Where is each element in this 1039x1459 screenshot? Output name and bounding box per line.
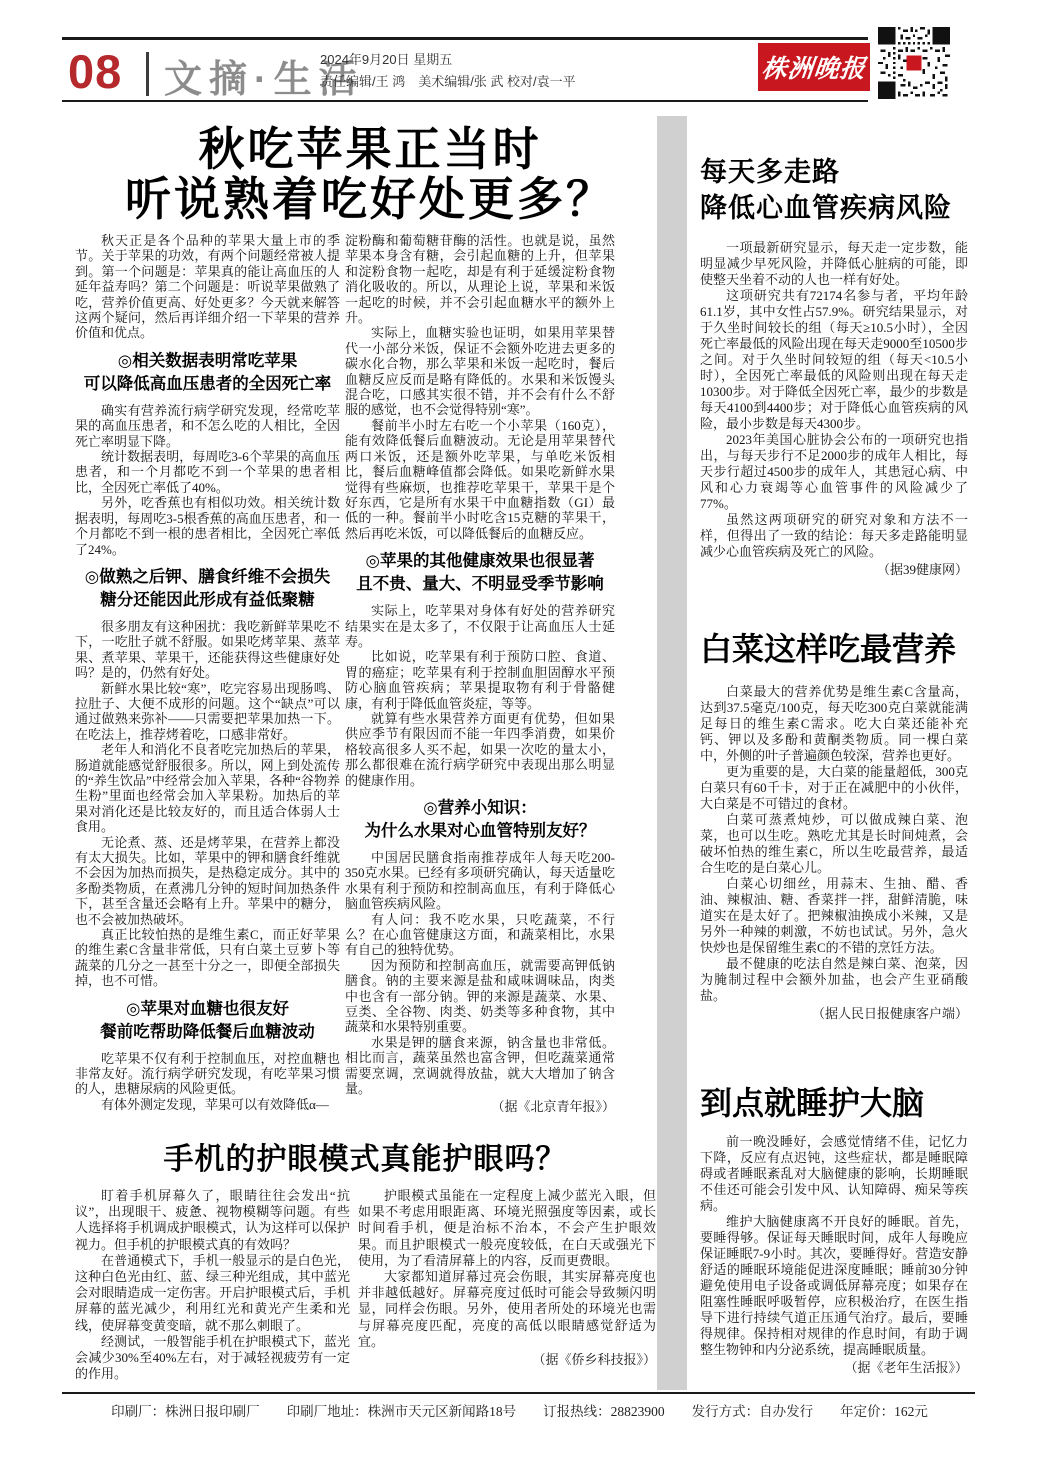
page-number: 08 [68, 44, 122, 99]
paragraph: 前一晚没睡好，会感觉情绪不佳，记忆力下降，反应有点迟钝，这些症状，都是睡眠障碍或… [700, 1134, 968, 1214]
paragraph: 白菜心切细丝，用蒜末、生抽、醋、香油、辣椒油、糖、香菜拌一拌，甜鲜清脆，味道实在… [700, 876, 968, 956]
paragraph: 这项研究共有72174名参与者，平均年龄61.1岁，其中女性占57.9%。研究结… [700, 288, 968, 432]
paragraph: 另外，吃香蕉也有相似功效。相关统计数据表明，每周吃3-5根香蕉的高血压患者，和一… [75, 495, 340, 557]
paragraph: 实际上，吃苹果对身体有好处的营养研究结果实在是太多了，不仅限于让高血压人士延寿。 [345, 603, 615, 649]
paragraph: 秋天正是各个品种的苹果大量上市的季节。关于苹果的功效，有两个问题经常被人提到。第… [75, 233, 340, 341]
walking-article-title: 每天多走路 降低心血管疾病风险 [700, 154, 968, 226]
paragraph: 因为预防和控制高血压，就需要高钾低钠膳食。钠的主要来源是盐和咸味调味品，肉类中也… [345, 958, 615, 1035]
apple-article-title: 秋吃苹果正当时 听说熟着吃好处更多？ [75, 124, 665, 224]
paragraph: 2023年美国心脏协会公布的一项研究也指出，与每天步行不足2000步的成年人相比… [700, 432, 968, 512]
newspaper-page: 08 文摘·生活 2024年9月20日 星期五 责任编辑/王 鸿 美术编辑/张 … [0, 0, 1039, 1459]
paragraph: 盯着手机屏幕久了，眼睛往往会发出“抗议”，出现眼干、疲惫、视物模糊等问题。有些人… [75, 1188, 350, 1253]
masthead-text: 株洲晚报 [760, 49, 868, 85]
paragraph: 统计数据表明，每周吃3-6个苹果的高血压患者，和一个月都吃不到一个苹果的患者相比… [75, 449, 340, 495]
cabbage-article-body: 白菜最大的营养优势是维生素C含量高，达到37.5毫克/100克，每天吃300克白… [700, 684, 968, 1022]
phone-article-column-2: 护眼模式虽能在一定程度上减少蓝光入眼，但如果不考虑用眼距离、环境光照强度等因素，… [358, 1188, 656, 1404]
paragraph: 很多朋友有这种困扰：我吃新鲜苹果吃不下，一吃肚子就不舒服。如果吃烤苹果、蒸苹果、… [75, 619, 340, 681]
paragraph: 经测试，一般智能手机在护眼模式下，蓝光会减少30%至40%左右，对于减轻视疲劳有… [75, 1334, 350, 1383]
paragraph: 一项最新研究显示，每天走一定步数，能明显减少早死风险，并降低心脏病的可能，即使整… [700, 240, 968, 288]
subheading: ◎苹果的其他健康效果也很显著 且不贵、量大、不明显受季节影响 [345, 550, 615, 596]
sleep-article-title: 到点就睡护大脑 [700, 1082, 968, 1124]
source-attribution: （据39健康网） [700, 562, 968, 578]
content-divider-bar [657, 116, 687, 1390]
paragraph: 护眼模式虽能在一定程度上减少蓝光入眼，但如果不考虑用眼距离、环境光照强度等因素，… [358, 1188, 656, 1269]
paragraph: 真正比较怕热的是维生素C，而正好苹果的维生素C含量非常低，只有白菜土豆萝卜等蔬菜… [75, 927, 340, 989]
footer-text: 印刷厂：株洲日报印刷厂 印刷厂地址：株洲市天元区新闻路18号 订报热线：2882… [0, 1400, 1039, 1420]
paragraph: 淀粉酶和葡萄糖苷酶的活性。也就是说，虽然苹果本身含有糖，会引起血糖的上升，但苹果… [345, 233, 615, 325]
source-attribution: （据《北京青年报》） [345, 1099, 615, 1114]
paragraph: 新鲜水果比较“寒”，吃完容易出现肠鸣、拉肚子、大便不成形的问题。这个“缺点”可以… [75, 681, 340, 743]
footer-rule [62, 1392, 975, 1394]
source-attribution: （据人民日报健康客户端） [700, 1006, 968, 1022]
walking-article: 每天多走路 降低心血管疾病风险 一项最新研究显示，每天走一定步数，能明显减少早死… [700, 154, 968, 624]
masthead: 株洲晚报 [758, 43, 870, 91]
paragraph: 老年人和消化不良者吃完加热后的苹果，肠道就能感觉舒服很多。所以，网上到处流传的“… [75, 742, 340, 834]
source-attribution: （据《侨乡科技报》） [358, 1352, 656, 1368]
paragraph: 餐前半小时左右吃一个小苹果（160克），能有效降低餐后血糖波动。无论是用苹果替代… [345, 418, 615, 541]
paragraph: 实际上，血糖实验也证明，如果用苹果替代一小部分米饭，保证不会额外吃进去更多的碳水… [345, 325, 615, 417]
paragraph: 白菜最大的营养优势是维生素C含量高，达到37.5毫克/100克，每天吃300克白… [700, 684, 968, 764]
subheading: ◎营养小知识： 为什么水果对心血管特别友好？ [345, 797, 615, 843]
qr-code [878, 27, 950, 99]
paragraph: 有人问：我不吃水果，只吃蔬菜，不行么？在心血管健康这方面，和蔬菜相比，水果有自己… [345, 912, 615, 958]
paragraph: 大家都知道屏幕过亮会伤眼，其实屏幕亮度也并非越低越好。屏幕亮度过低时可能会导致频… [358, 1269, 656, 1350]
phone-article-column-1: 盯着手机屏幕久了，眼睛往往会发出“抗议”，出现眼干、疲惫、视物模糊等问题。有些人… [75, 1188, 350, 1404]
paragraph: 水果是钾的膳食来源，钠含量也非常低。相比而言，蔬菜虽然也富含钾，但吃蔬菜通常需要… [345, 1035, 615, 1097]
cabbage-article: 白菜这样吃最营养 白菜最大的营养优势是维生素C含量高，达到37.5毫克/100克… [700, 628, 968, 1080]
paragraph: 有体外测定发现，苹果可以有效降低α— [75, 1097, 340, 1112]
walking-article-body: 一项最新研究显示，每天走一定步数，能明显减少早死风险，并降低心脏病的可能，即使整… [700, 240, 968, 578]
date-text: 2024年9月20日 星期五 [320, 49, 576, 71]
paragraph: 就算有些水果营养方面更有优势，但如果供应季节有限因而不能一年四季消费，如果价格较… [345, 711, 615, 788]
paragraph: 维护大脑健康离不开良好的睡眠。首先，要睡得够。保证每天睡眠时间，成年人每晚应保证… [700, 1214, 968, 1358]
sleep-article-body: 前一晚没睡好，会感觉情绪不佳，记忆力下降，反应有点迟钝，这些症状，都是睡眠障碍或… [700, 1134, 968, 1376]
paragraph: 无论煮、蒸、还是烤苹果，在营养上都没有太大损失。比如，苹果中的钾和膳食纤维就不会… [75, 835, 340, 927]
subheading: ◎做熟之后钾、膳食纤维不会损失 糖分还能因此形成有益低聚糖 [75, 566, 340, 612]
paragraph: 在普通模式下，手机一般显示的是白色光，这种白色光由红、蓝、绿三种光组成，其中蓝光… [75, 1253, 350, 1334]
paragraph: 比如说，吃苹果有利于预防口腔、食道、胃的癌症；吃苹果有利于控制血胆固醇水平预防心… [345, 649, 615, 711]
paragraph: 虽然这两项研究的研究对象和方法不一样，但得出了一致的结论：每天多走路能明显减少心… [700, 512, 968, 560]
apple-article-column-2: 淀粉酶和葡萄糖苷酶的活性。也就是说，虽然苹果本身含有糖，会引起血糖的上升，但苹果… [345, 233, 615, 1135]
source-attribution: （据《老年生活报》） [700, 1360, 968, 1376]
sleep-article: 到点就睡护大脑 前一晚没睡好，会感觉情绪不佳，记忆力下降，反应有点迟钝，这些症状… [700, 1082, 968, 1390]
paragraph: 最不健康的吃法自然是辣白菜、泡菜，因为腌制过程中会额外加盐，也会产生亚硝酸盐。 [700, 956, 968, 1004]
subheading: ◎苹果对血糖也很友好 餐前吃帮助降低餐后血糖波动 [75, 998, 340, 1044]
paragraph: 确实有营养流行病学研究发现，经常吃苹果的高血压患者，和不怎么吃的人相比，全因死亡… [75, 403, 340, 449]
subheading: ◎相关数据表明常吃苹果 可以降低高血压患者的全因死亡率 [75, 350, 340, 396]
paragraph: 更为重要的是，大白菜的能量超低，300克白菜只有60千卡，对于正在减肥中的小伙伴… [700, 764, 968, 812]
cabbage-article-title: 白菜这样吃最营养 [700, 628, 968, 670]
phone-article-title: 手机的护眼模式真能护眼吗？ [75, 1134, 655, 1178]
header-bottom-rule [62, 100, 868, 102]
paragraph: 白菜可蒸煮炖炒，可以做成辣白菜、泡菜，也可以生吃。熟吃尤其是长时间炖煮，会破坏怕… [700, 812, 968, 876]
header-divider [146, 52, 149, 96]
staff-text: 责任编辑/王 鸿 美术编辑/张 武 校对/袁一平 [320, 71, 576, 93]
paragraph: 吃苹果不仅有利于控制血压，对控血糖也非常友好。流行病学研究发现，有吃苹果习惯的人… [75, 1051, 340, 1097]
header-top-rule [62, 37, 868, 40]
paragraph: 中国居民膳食指南推荐成年人每天吃200-350克水果。已经有多项研究确认，每天适… [345, 850, 615, 912]
apple-article-column-1: 秋天正是各个品种的苹果大量上市的季节。关于苹果的功效，有两个问题经常被人提到。第… [75, 233, 340, 1133]
edition-info: 2024年9月20日 星期五 责任编辑/王 鸿 美术编辑/张 武 校对/袁一平 [320, 49, 576, 93]
